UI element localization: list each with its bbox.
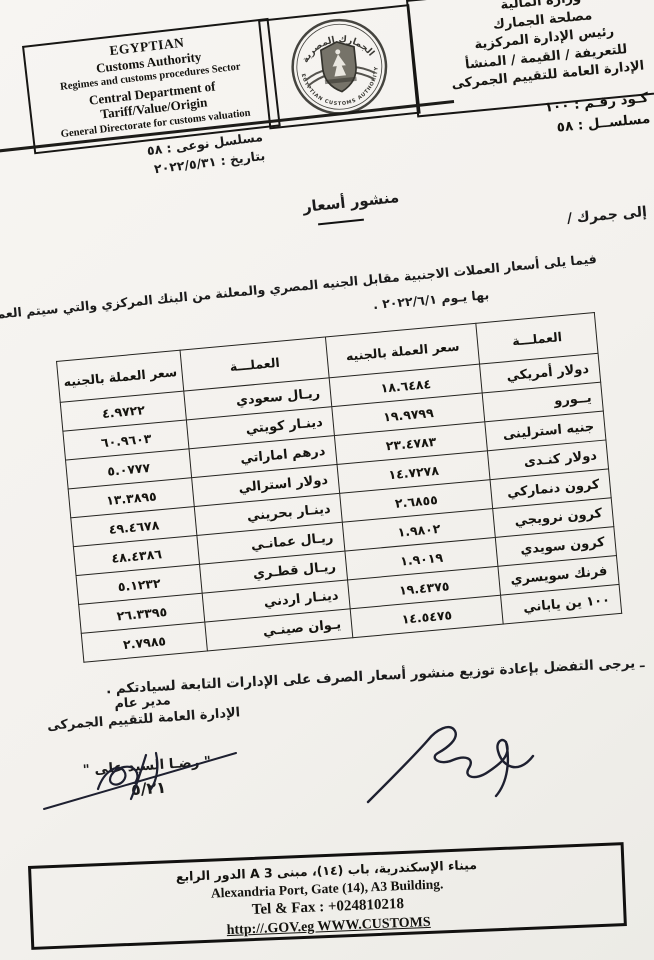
to-customs-line: إلى جمرك / — [566, 204, 647, 227]
scanned-document-page: EGYPTIAN Customs Authority Regimes and c… — [0, 0, 654, 960]
exchange-rate-table: العملـــة سعر العملة بالجنيه العملـــة س… — [56, 312, 622, 663]
intro-line-2: بها يـوم ٢٠٢٢/٦/١ . — [372, 287, 489, 312]
signature-block: مدير عام الإدارة العامة للتقييم الجمركى … — [25, 686, 267, 805]
intro-line-1: فيما يلى أسعار العملات الاجنبية مقابل ال… — [0, 251, 597, 323]
customs-seal-box: الجمارك المصرية EGYPTIAN CUSTOMS AUTHORI… — [258, 4, 421, 129]
footer-box: ميناء الإسكندرية، باب (١٤)، مبنى A 3 الد… — [28, 842, 627, 950]
signature-scribble-center — [358, 698, 543, 810]
title-underline — [318, 219, 364, 226]
customs-authority-seal: الجمارك المصرية EGYPTIAN CUSTOMS AUTHORI… — [284, 12, 394, 122]
page-title: منشور أسعار — [282, 186, 419, 218]
